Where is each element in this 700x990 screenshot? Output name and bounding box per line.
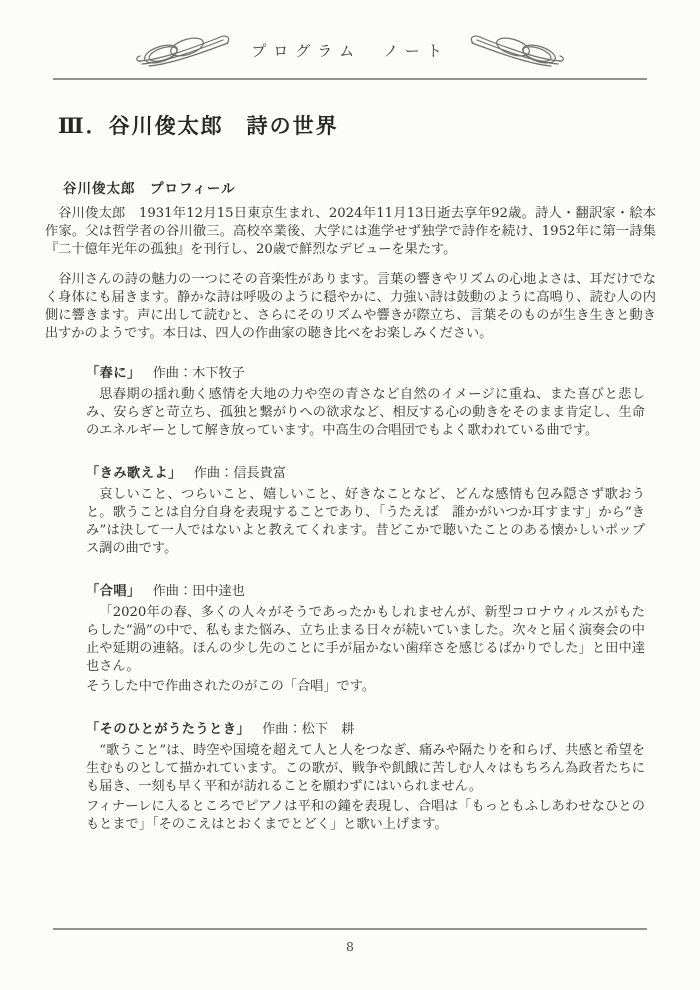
page-number: 8 (53, 939, 647, 954)
song-paragraph: “歌うこと”は、時空や国境を超えて人と人をつなぎ、痛みや隔たりを和らげ、共感と希… (86, 742, 645, 796)
song-paragraph: 哀しいこと、つらいこと、嬉しいこと、好きなことなど、どんな感情も包み隠さず歌おう… (86, 486, 645, 558)
song-composer: 作曲：松下 耕 (262, 722, 354, 737)
header-rule (53, 78, 647, 80)
profile-heading: 谷川俊太郎 プロフィール (63, 177, 660, 197)
profile-paragraph-1: 谷川俊太郎 1931年12月15日東京生まれ、2024年11月13日逝去享年92… (45, 205, 656, 259)
song-heading: 「合唱」作曲：田中達也 (86, 582, 645, 602)
song-body: 「2020年の春、多くの人々がそうであったかもしれませんが、新型コロナウィルスが… (86, 604, 645, 696)
song-composer: 作曲：信長貴富 (194, 466, 286, 481)
song-paragraph: 「2020年の春、多くの人々がそうであったかもしれませんが、新型コロナウィルスが… (86, 604, 645, 676)
page-title: Ⅲ．谷川俊太郎 詩の世界 (58, 110, 660, 140)
song-section-haruni: 「春に」作曲：木下牧子 思春期の揺れ動く感情を大地の力や空の青さなど自然のイメー… (86, 364, 645, 440)
song-section-sonohitoga-utautoki: 「そのひとがうたうとき」作曲：松下 耕 “歌うこと”は、時空や国境を超えて人と人… (86, 720, 645, 834)
song-heading: 「春に」作曲：木下牧子 (86, 364, 645, 384)
flourish-right-icon (465, 33, 565, 67)
program-note-page: プログラム ノート Ⅲ．谷川俊太郎 詩の世界 谷川俊太郎 プロフィール 谷川俊太… (0, 0, 700, 990)
flourish-left-icon (135, 33, 235, 67)
song-body: 思春期の揺れ動く感情を大地の力や空の青さなど自然のイメージに重ね、また喜びと悲し… (86, 386, 645, 440)
song-section-kimiutaeyo: 「きみ歌えよ」作曲：信長貴富 哀しいこと、つらいこと、嬉しいこと、好きなことなど… (86, 464, 645, 558)
song-paragraph: そうした中で作曲されたのがこの「合唱」です。 (86, 678, 645, 696)
song-title: 「合唱」 (86, 584, 141, 599)
song-sections: 「春に」作曲：木下牧子 思春期の揺れ動く感情を大地の力や空の青さなど自然のイメー… (86, 364, 645, 834)
song-section-gassho: 「合唱」作曲：田中達也 「2020年の春、多くの人々がそうであったかもしれません… (86, 582, 645, 696)
song-heading: 「きみ歌えよ」作曲：信長貴富 (86, 464, 645, 484)
song-body: “歌うこと”は、時空や国境を超えて人と人をつなぎ、痛みや隔たりを和らげ、共感と希… (86, 742, 645, 834)
song-paragraph: 思春期の揺れ動く感情を大地の力や空の青さなど自然のイメージに重ね、また喜びと悲し… (86, 386, 645, 440)
song-title: 「きみ歌えよ」 (86, 466, 182, 481)
song-paragraph: フィナーレに入るところでピアノは平和の鐘を表現し、合唱は「もっともふしあわせなひ… (86, 798, 645, 834)
song-title: 「そのひとがうたうとき」 (86, 722, 250, 737)
song-body: 哀しいこと、つらいこと、嬉しいこと、好きなことなど、どんな感情も包み隠さず歌おう… (86, 486, 645, 558)
song-composer: 作曲：木下牧子 (153, 366, 245, 381)
profile-paragraph-2: 谷川さんの詩の魅力の一つにその音楽性があります。言葉の響きやリズムの心地よさは、… (45, 271, 656, 343)
banner-title: プログラム ノート (251, 40, 448, 61)
page-footer: 8 (53, 928, 647, 954)
footer-rule (53, 928, 647, 930)
song-heading: 「そのひとがうたうとき」作曲：松下 耕 (86, 720, 645, 740)
song-title: 「春に」 (86, 366, 141, 381)
page-banner: プログラム ノート (0, 0, 700, 67)
song-composer: 作曲：田中達也 (153, 584, 245, 599)
